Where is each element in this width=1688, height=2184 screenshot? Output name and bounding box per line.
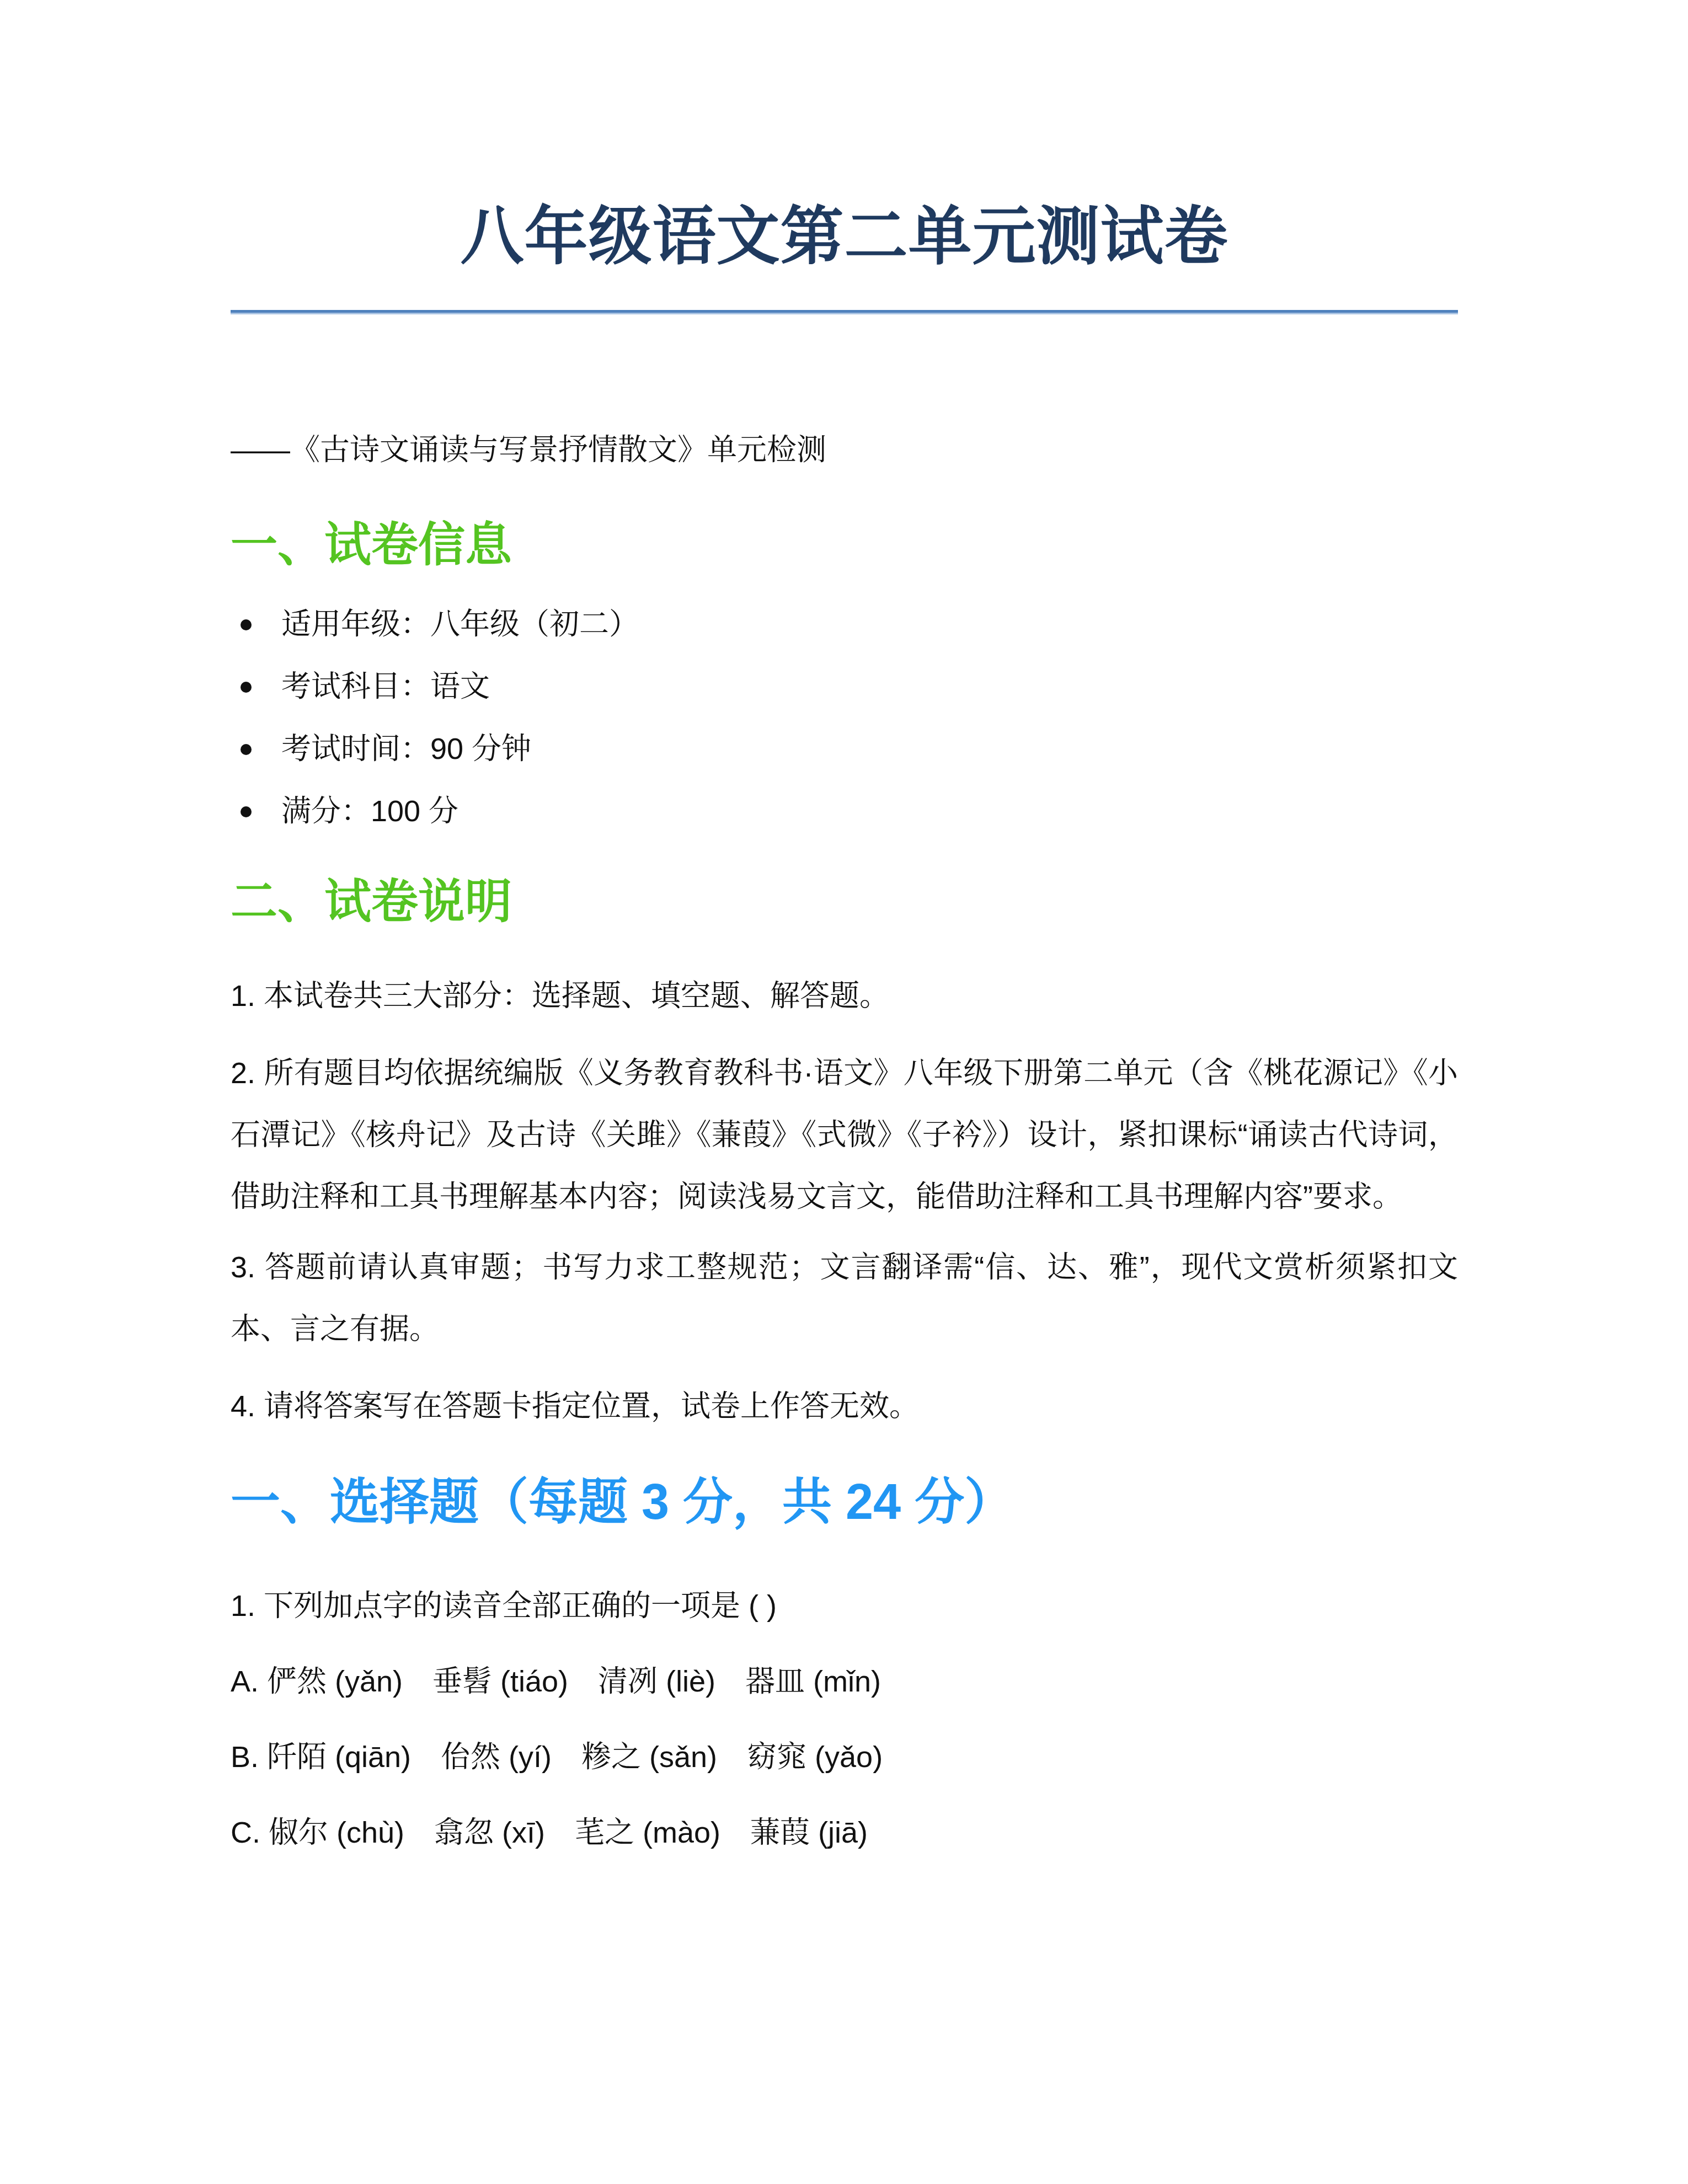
- section-heading-paper-info: 一、试卷信息: [231, 513, 1458, 577]
- page-title: 八年级语文第二单元测试卷: [231, 194, 1458, 280]
- question-1-option-b: B. 阡陌 (qiān) 佁然 (yí) 糁之 (sǎn) 窈窕 (yǎo): [231, 1726, 1458, 1788]
- title-divider-rule: [231, 310, 1458, 314]
- instruction-paragraph-2: 2. 所有题目均依据统编版《义务教育教科书·语文》八年级下册第二单元（含《桃花源…: [231, 1042, 1458, 1228]
- bullet-icon: [241, 619, 252, 630]
- instruction-paragraph-3: 3. 答题前请认真审题；书写力求工整规范；文言翻译需“信、达、雅”，现代文赏析须…: [231, 1236, 1458, 1360]
- section-heading-multiple-choice: 一、选择题（每题 3 分，共 24 分）: [231, 1468, 1458, 1537]
- bullet-icon: [241, 744, 252, 755]
- section-heading-instructions: 二、试卷说明: [231, 870, 1458, 934]
- bullet-icon: [241, 682, 252, 693]
- info-item-text: 满分：100 分: [281, 795, 458, 828]
- instruction-paragraph-1: 1. 本试卷共三大部分：选择题、填空题、解答题。: [231, 965, 1458, 1027]
- info-item-text: 考试时间：90 分钟: [281, 732, 531, 766]
- instruction-paragraph-4: 4. 请将答案写在答题卡指定位置，试卷上作答无效。: [231, 1375, 1458, 1437]
- subtitle: ——《古诗文诵读与写景抒情散文》单元检测: [231, 428, 1458, 472]
- question-1: 1. 下列加点字的读音全部正确的一项是 ( ): [231, 1575, 1458, 1637]
- info-item-subject: 考试科目：语文: [231, 656, 1458, 718]
- info-item-duration: 考试时间：90 分钟: [231, 718, 1458, 780]
- info-item-text: 考试科目：语文: [281, 670, 490, 703]
- paper-info-list: 适用年级：八年级（初二） 考试科目：语文 考试时间：90 分钟 满分：100 分: [231, 593, 1458, 843]
- info-item-text: 适用年级：八年级（初二）: [281, 608, 639, 641]
- page-content: 八年级语文第二单元测试卷 ——《古诗文诵读与写景抒情散文》单元检测 一、试卷信息…: [0, 0, 1688, 1864]
- info-item-total-score: 满分：100 分: [231, 780, 1458, 843]
- info-item-grade: 适用年级：八年级（初二）: [231, 593, 1458, 656]
- question-1-option-a: A. 俨然 (yǎn) 垂髫 (tiáo) 清冽 (liè) 器皿 (mǐn): [231, 1651, 1458, 1712]
- document-page: 八年级语文第二单元测试卷 ——《古诗文诵读与写景抒情散文》单元检测 一、试卷信息…: [0, 0, 1688, 2184]
- question-1-option-c: C. 俶尔 (chù) 翕忽 (xī) 芼之 (mào) 蒹葭 (jiā): [231, 1802, 1458, 1864]
- bullet-icon: [241, 806, 252, 817]
